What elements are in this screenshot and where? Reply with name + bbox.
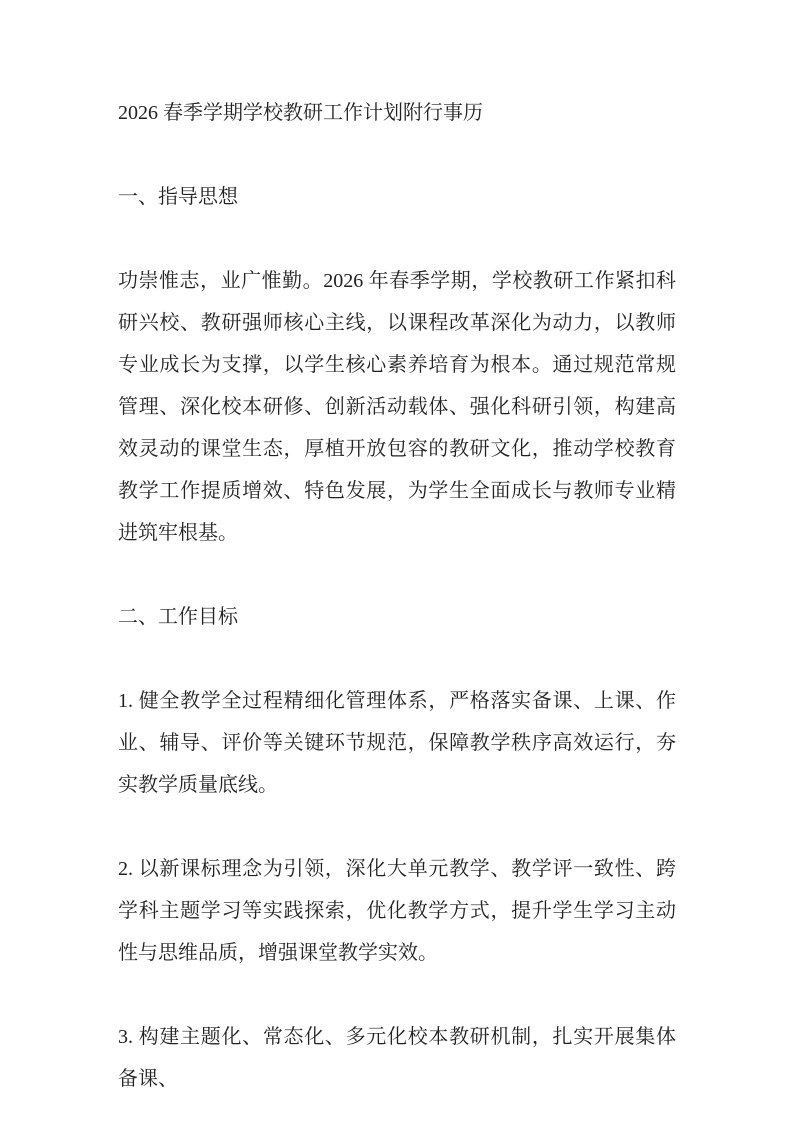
paragraph-goal-1: 1. 健全教学全过程精细化管理体系，严格落实备课、上课、作业、辅导、评价等关键环… [118, 680, 676, 806]
document-page: 2026 春季学期学校教研工作计划附行事历 一、指导思想 功崇惟志，业广惟勤。2… [0, 0, 793, 1122]
section-heading-guiding-ideology: 一、指导思想 [118, 176, 676, 218]
section-heading-work-goals: 二、工作目标 [118, 596, 676, 638]
paragraph-guiding-ideology: 功崇惟志，业广惟勤。2026 年春季学期，学校教研工作紧扣科研兴校、教研强师核心… [118, 260, 676, 554]
document-title: 2026 春季学期学校教研工作计划附行事历 [118, 92, 676, 134]
paragraph-goal-3-truncated: 3. 构建主题化、常态化、多元化校本教研机制，扎实开展集体备课、 [118, 1016, 676, 1100]
paragraph-goal-2: 2. 以新课标理念为引领，深化大单元教学、教学评一致性、跨学科主题学习等实践探索… [118, 848, 676, 974]
